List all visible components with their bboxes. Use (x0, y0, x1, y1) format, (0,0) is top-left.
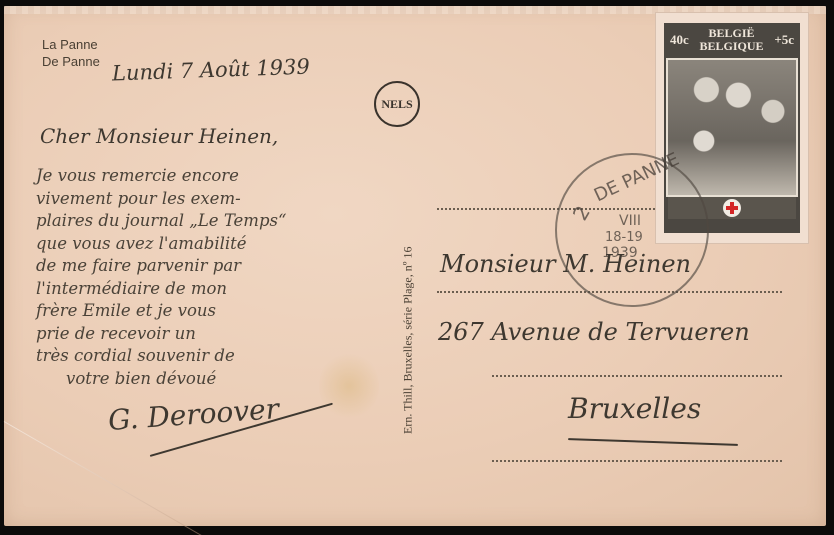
address-rule (492, 375, 782, 377)
stamp-header: 40c BELGIË BELGIQUE +5c (664, 23, 800, 53)
publisher-imprint: Ern. Thill, Bruxelles, série Plage, nº 1… (398, 190, 418, 490)
message-greeting: Cher Monsieur Heinen, (40, 124, 278, 148)
message-line: de me faire parvenir par (36, 256, 386, 279)
message-line: frère Emile et je vous (36, 301, 386, 324)
stamp-surcharge: +5c (774, 32, 794, 48)
place-name-fr: La Panne (42, 36, 100, 53)
address-city: Bruxelles (568, 392, 701, 425)
address-rule (492, 460, 782, 462)
postmark-year: 1939 (602, 245, 638, 261)
message-line: prie de recevoir un (36, 324, 386, 347)
message-line: très cordial souvenir de (36, 346, 386, 369)
stamp-country-fr: BELGIQUE (700, 39, 764, 53)
postmark-time: 18-19 (605, 230, 643, 245)
place-name-nl: De Panne (42, 53, 100, 70)
message-line: plaires du journal „Le Temps“ (36, 211, 386, 234)
red-cross-icon (723, 199, 741, 217)
postmark-month: VIII (619, 213, 641, 229)
message-body: Je vous remercie encore vivement pour le… (36, 166, 386, 391)
postmark-town: DE PANNE (591, 149, 683, 207)
paper-crease (4, 421, 212, 535)
message-line: votre bien dévoué (36, 369, 386, 392)
address-street: 267 Avenue de Tervueren (438, 318, 750, 346)
message-line: que vous avez l'amabilité (36, 234, 386, 257)
postmark-number: 2 (568, 201, 595, 224)
postmark: 2 DE PANNE VIII 18-19 1939 (555, 153, 709, 307)
stamp-country-nl: BELGIË (709, 26, 755, 40)
stamp-value: 40c (670, 32, 689, 48)
message-line: vivement pour les exem- (36, 189, 386, 212)
stamp-country: BELGIË BELGIQUE (700, 27, 764, 53)
message-line: Je vous remercie encore (36, 166, 386, 189)
nels-logo-icon: NELS (374, 81, 420, 127)
location-caption: La Panne De Panne (42, 36, 100, 70)
message-line: l'intermédiaire de mon (36, 279, 386, 302)
